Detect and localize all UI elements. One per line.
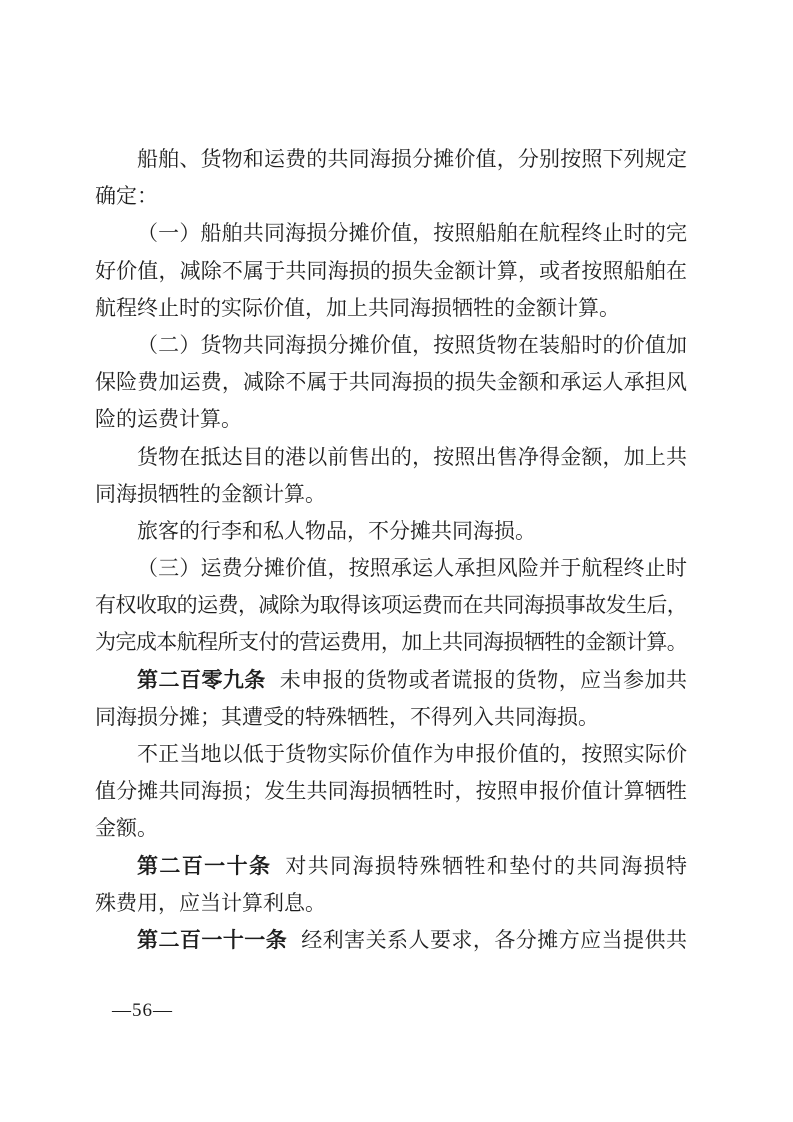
text-line: 航程终止时的实际价值，加上共同海损牺牲的金额计算。 xyxy=(95,290,687,327)
text-line: 第二百零九条未申报的货物或者谎报的货物，应当参加共 xyxy=(95,662,687,699)
text-line: 殊费用，应当计算利息。 xyxy=(95,885,687,922)
text-line: 旅客的行李和私人物品，不分摊共同海损。 xyxy=(95,513,687,550)
text-line: 值分摊共同海损；发生共同海损牺牲时，按照申报价值计算牺牲 xyxy=(95,773,687,810)
text-line: 同海损分摊；其遭受的特殊牺牲，不得列入共同海损。 xyxy=(95,699,687,736)
text-line: 不正当地以低于货物实际价值作为申报价值的，按照实际价 xyxy=(95,736,687,773)
text-line: 第二百一十一条经利害关系人要求，各分摊方应当提供共 xyxy=(95,922,687,959)
article-number: 第二百一十一条 xyxy=(137,928,287,952)
document-page: { "document": { "lines": [ {"text": "船舶、… xyxy=(0,0,793,1122)
text-line: 船舶、货物和运费的共同海损分摊价值，分别按照下列规定 xyxy=(95,141,687,178)
line-text: 对共同海损特殊牺牲和垫付的共同海损特 xyxy=(285,854,687,878)
article-number: 第二百零九条 xyxy=(137,668,266,692)
text-line: 好价值，减除不属于共同海损的损失金额计算，或者按照船舶在 xyxy=(95,253,687,290)
text-line: 有权收取的运费，减除为取得该项运费而在共同海损事故发生后， xyxy=(95,587,687,624)
text-line: （三）运费分摊价值，按照承运人承担风险并于航程终止时 xyxy=(95,550,687,587)
text-line: 同海损牺牲的金额计算。 xyxy=(95,476,687,513)
article-number: 第二百一十条 xyxy=(137,854,271,878)
text-line: （二）货物共同海损分摊价值，按照货物在装船时的价值加 xyxy=(95,327,687,364)
document-body: 船舶、货物和运费的共同海损分摊价值，分别按照下列规定 确定： （一）船舶共同海损… xyxy=(95,141,687,959)
text-line: （一）船舶共同海损分摊价值，按照船舶在航程终止时的完 xyxy=(95,215,687,252)
page-number: —56— xyxy=(112,1000,173,1022)
text-line: 确定： xyxy=(95,178,687,215)
line-text: 未申报的货物或者谎报的货物，应当参加共 xyxy=(280,668,687,692)
line-text: 经利害关系人要求，各分摊方应当提供共 xyxy=(301,928,687,952)
text-line: 保险费加运费，减除不属于共同海损的损失金额和承运人承担风 xyxy=(95,364,687,401)
text-line: 第二百一十条对共同海损特殊牺牲和垫付的共同海损特 xyxy=(95,848,687,885)
text-line: 金额。 xyxy=(95,810,687,847)
text-line: 为完成本航程所支付的营运费用，加上共同海损牺牲的金额计算。 xyxy=(95,624,687,661)
text-line: 货物在抵达目的港以前售出的，按照出售净得金额，加上共 xyxy=(95,439,687,476)
text-line: 险的运费计算。 xyxy=(95,401,687,438)
